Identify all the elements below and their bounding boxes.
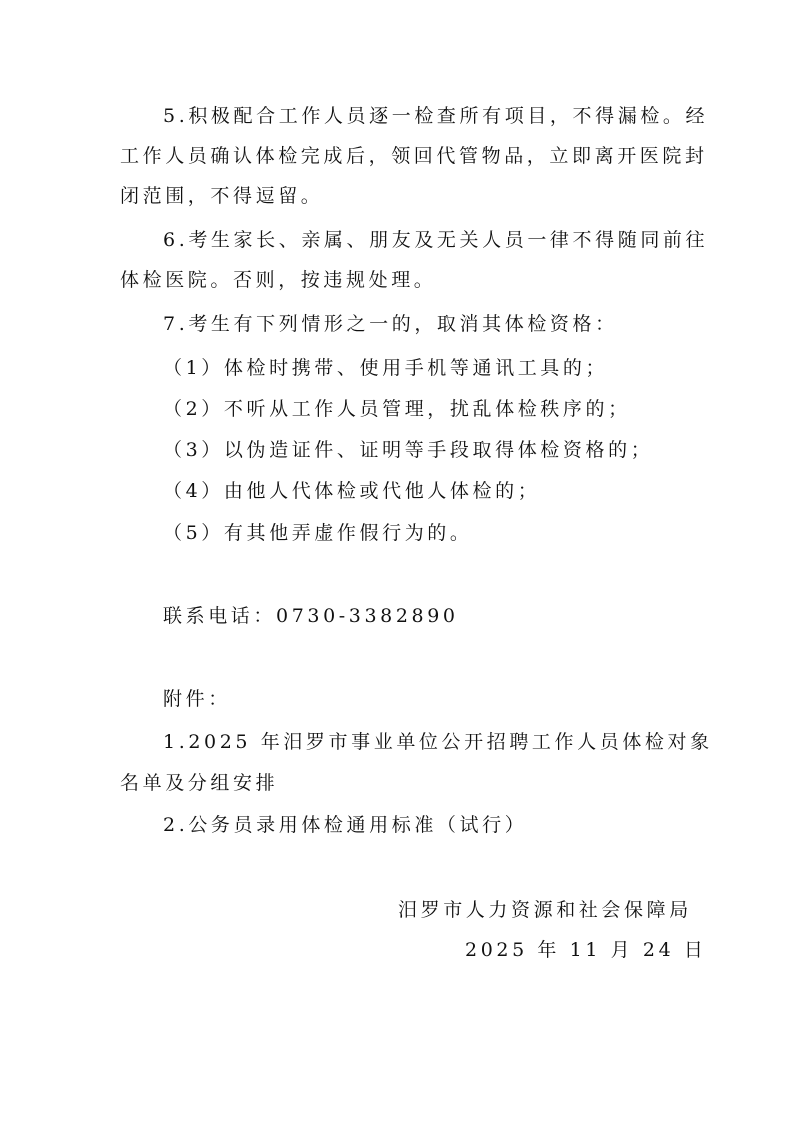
item-6-line-1: 6.考生家长、亲属、朋友及无关人员一律不得随同前往: [163, 228, 723, 252]
sub-item-1: （1）体检时携带、使用手机等通讯工具的；: [163, 356, 723, 380]
sub-item-2: （2）不听从工作人员管理，扰乱体检秩序的；: [163, 397, 723, 421]
item-5-line-2: 工作人员确认体检完成后，领回代管物品，立即离开医院封: [120, 144, 680, 168]
attachments-label: 附件：: [163, 687, 723, 711]
attachment-1-line-1: 1.2025 年汨罗市事业单位公开招聘工作人员体检对象: [163, 730, 723, 754]
item-6-line-2: 体检医院。否则，按违规处理。: [120, 268, 680, 292]
document-page: 5.积极配合工作人员逐一检查所有项目，不得漏检。经 工作人员确认体检完成后，领回…: [0, 0, 793, 1122]
item-7-line-1: 7.考生有下列情形之一的，取消其体检资格：: [163, 312, 723, 336]
attachment-2: 2.公务员录用体检通用标准（试行）: [163, 813, 723, 837]
sub-item-3: （3）以伪造证件、证明等手段取得体检资格的；: [163, 438, 723, 462]
contact-phone: 联系电话：0730-3382890: [163, 604, 723, 628]
signature-org: 汨罗市人力资源和社会保障局: [398, 898, 793, 922]
signature-date: 2025 年 11 月 24 日: [465, 938, 793, 962]
item-5-line-1: 5.积极配合工作人员逐一检查所有项目，不得漏检。经: [163, 104, 723, 128]
item-5-line-3: 闭范围，不得逗留。: [120, 184, 680, 208]
sub-item-5: （5）有其他弄虚作假行为的。: [163, 521, 723, 545]
attachment-1-line-2: 名单及分组安排: [120, 771, 680, 795]
sub-item-4: （4）由他人代体检或代他人体检的；: [163, 479, 723, 503]
